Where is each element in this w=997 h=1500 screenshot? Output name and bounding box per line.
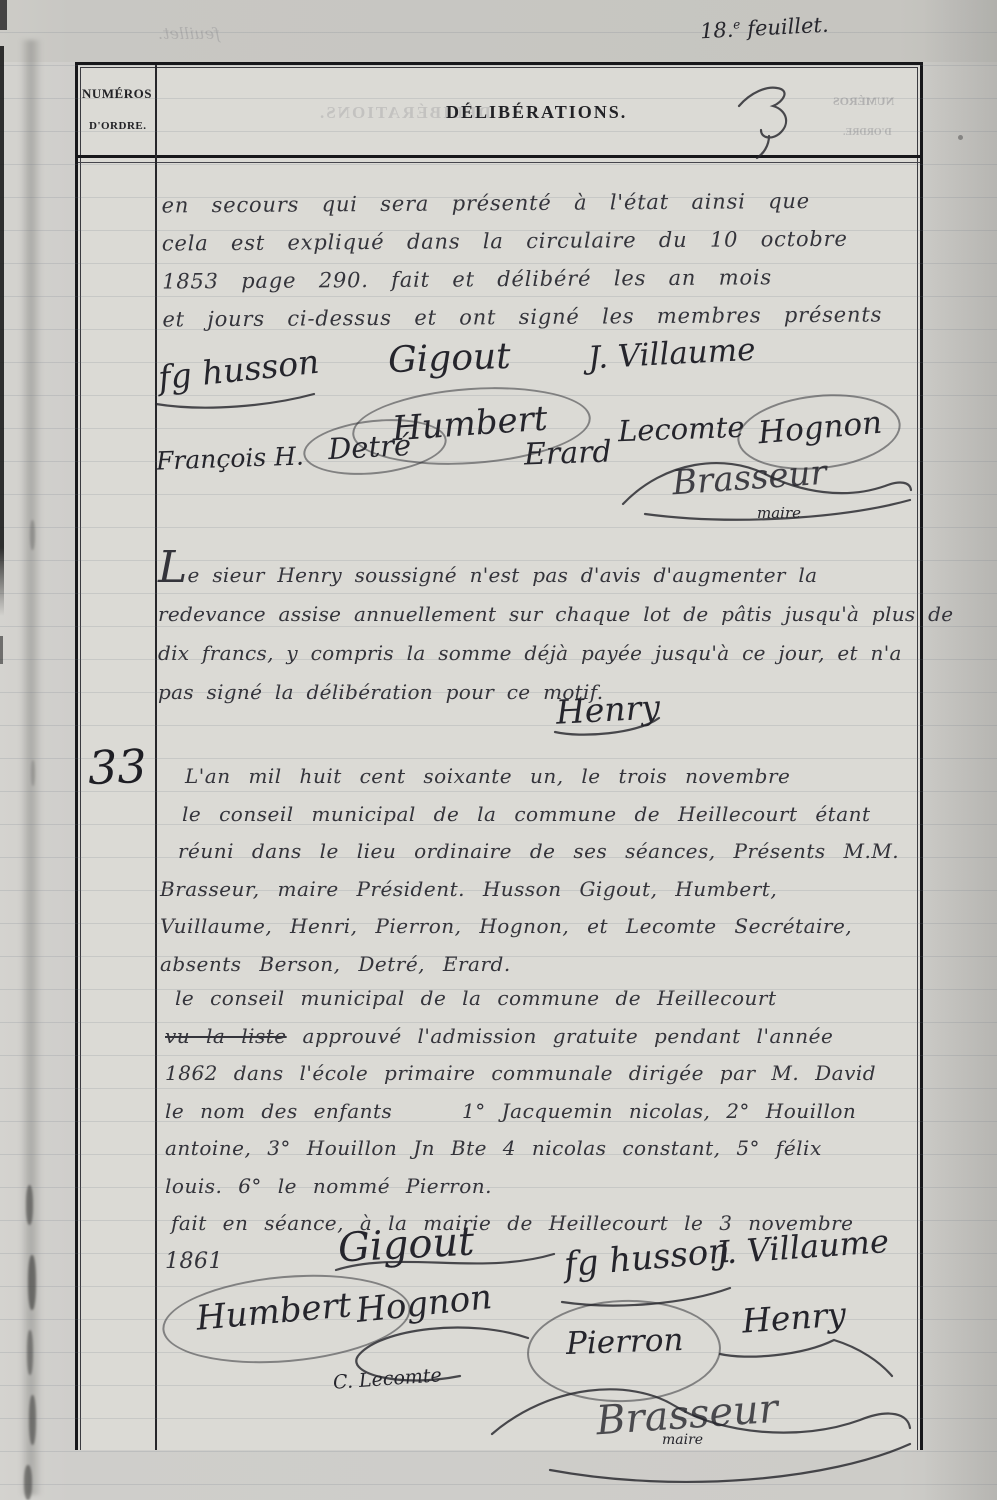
signature-gigout: Gigout: [387, 336, 511, 381]
signature-detre: Detré: [327, 428, 412, 466]
signature-gigout-2: Gigout: [337, 1218, 476, 1271]
signature-francois: François H.: [156, 441, 305, 475]
binding-blot: [29, 1395, 36, 1445]
binding-blot: [24, 1465, 32, 1500]
folio-word: feuillet.: [747, 13, 830, 41]
paper-speck: [958, 135, 963, 140]
handwritten-line: redevance assise annuellement sur chaque…: [158, 595, 953, 634]
numeros-header-line2: D'ORDRE.: [89, 120, 146, 132]
handwritten-line: 1853 page 290. fait et délibéré les an m…: [162, 257, 882, 300]
handwritten-line: dix francs, y compris la somme déjà payé…: [158, 634, 953, 673]
facing-page-edge-segment: [0, 636, 3, 664]
binding-blot: [26, 1185, 33, 1225]
handwritten-line: Brasseur, maire Président. Husson Gigout…: [160, 871, 899, 909]
handwritten-line: et jours ci-dessus et ont signé les memb…: [162, 295, 882, 338]
handwritten-line: antoine, 3° Houillon Jn Bte 4 nicolas co…: [165, 1130, 876, 1168]
names-line1: 1° Jacquemin nicolas, 2° Houillon: [462, 1099, 856, 1123]
handwritten-line: louis. 6° le nommé Pierron.: [165, 1168, 876, 1206]
handwritten-line: 1862 dans l'école primaire communale dir…: [165, 1055, 876, 1093]
bleedthrough-numeros: NUMÉROS: [833, 94, 894, 109]
facing-page-edge: [0, 46, 4, 616]
handwritten-line: L'an mil huit cent soixante un, le trois…: [160, 758, 899, 796]
handwritten-line: le conseil municipal de la commune de He…: [165, 980, 876, 1018]
right-margin-shade: [923, 0, 997, 1500]
handwritten-line: réuni dans le lieu ordinaire de ses séan…: [160, 833, 899, 871]
entry-number: 33: [87, 739, 147, 795]
names-label: le nom des enfants: [165, 1099, 392, 1123]
bleedthrough-ordre: D'ORDRE.: [843, 127, 892, 138]
signature-erard: Erard: [523, 434, 612, 472]
binding-blot: [27, 1330, 33, 1375]
handwritten-line: en secours qui sera présenté à l'état ai…: [161, 181, 881, 224]
binding-blot: [30, 520, 35, 550]
scan-corner-mark: [0, 0, 7, 30]
binding-blot: [31, 760, 35, 786]
signature-pierron: Pierron: [565, 1322, 684, 1362]
binding-blot: [28, 1255, 36, 1310]
struck-words: vu la liste: [165, 1024, 287, 1048]
handwritten-line: cela est expliqué dans la circulaire du …: [162, 219, 882, 262]
header-paraph-flourish: [733, 82, 803, 160]
signature-brasseur-title: maire: [757, 504, 801, 522]
handwritten-line: vu la liste approuvé l'admission gratuit…: [165, 1018, 876, 1056]
handwritten-line-rest: approuvé l'admission gratuite pendant l'…: [303, 1024, 834, 1048]
handwritten-line: le conseil municipal de la commune de He…: [160, 796, 899, 834]
closing-paragraph: en secours qui sera présenté à l'état ai…: [161, 181, 882, 338]
top-margin-shade: [0, 0, 997, 62]
handwritten-line: Le sieur Henry soussigné n'est pas d'avi…: [158, 548, 953, 595]
handwritten-line: Vuillaume, Henri, Pierron, Hognon, et Le…: [160, 908, 899, 946]
handwritten-line: le nom des enfants 1° Jacquemin nicolas,…: [165, 1093, 876, 1131]
bleedthrough-deliberations: DÉLIBÉRATIONS.: [318, 103, 491, 123]
signature-henry-2: Henry: [741, 1294, 847, 1340]
bleedthrough-feuillet: feuillet.: [158, 24, 220, 43]
folio-superscript: e: [733, 17, 741, 31]
folio-number: 18.: [699, 18, 734, 44]
signature-henry: Henry: [555, 687, 661, 731]
signature-brasseur-title-2: maire: [662, 1432, 703, 1448]
handwritten-line: absents Berson, Detré, Erard.: [160, 946, 899, 984]
numeros-header-line1: NUMÉROS: [82, 86, 152, 102]
scanned-register-page: 18.e feuillet. feuillet. NUMÉROS D'ORDRE…: [0, 0, 997, 1500]
signature-lecomte: Lecomte: [617, 410, 745, 448]
entry33-opening: L'an mil huit cent soixante un, le trois…: [160, 758, 899, 983]
column-divider-line: [155, 65, 157, 1450]
